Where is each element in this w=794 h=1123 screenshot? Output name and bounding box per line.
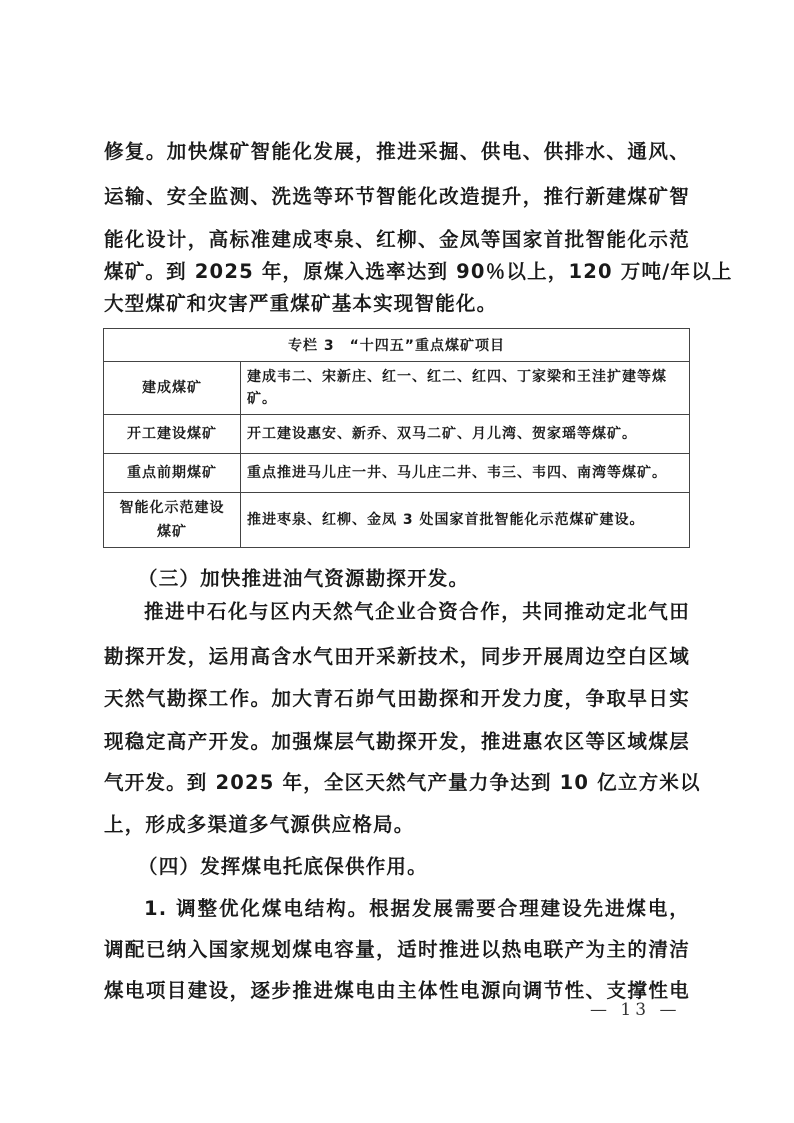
section-heading: （四）发挥煤电托底保供作用。: [138, 855, 724, 879]
body-text-line: 运输、安全监测、洗选等环节智能化改造提升，推行新建煤矿智: [104, 185, 690, 209]
body-text-line: 大型煤矿和灾害严重煤矿基本实现智能化。: [104, 292, 690, 316]
body-text-line: 1. 调整优化煤电结构。根据发展需要合理建设先进煤电，: [144, 897, 690, 921]
row-value: 开工建设惠安、新乔、双马二矿、月儿湾、贺家瑶等煤矿。: [241, 415, 690, 454]
body-text-line: 上，形成多渠道多气源供应格局。: [104, 813, 690, 837]
table-row: 开工建设煤矿 开工建设惠安、新乔、双马二矿、月儿湾、贺家瑶等煤矿。: [104, 415, 690, 454]
body-text-line: 现稳定高产开发。加强煤层气勘探开发，推进惠农区等区域煤层: [104, 730, 690, 754]
table-row: 智能化示范建设煤矿 推进枣泉、红柳、金凤 3 处国家首批智能化示范煤矿建设。: [104, 493, 690, 548]
row-value: 重点推进马儿庄一井、马儿庄二井、韦三、韦四、南湾等煤矿。: [241, 454, 690, 493]
row-label: 重点前期煤矿: [104, 454, 241, 493]
table-row: 建成煤矿 建成韦二、宋新庄、红一、红二、红四、丁家梁和王洼扩建等煤矿。: [104, 362, 690, 415]
body-text-line: 推进中石化与区内天然气企业合资合作，共同推动定北气田: [144, 600, 690, 624]
section-heading: （三）加快推进油气资源勘探开发。: [138, 567, 724, 591]
row-label: 智能化示范建设煤矿: [104, 493, 241, 548]
key-coal-mine-projects-table: 专栏 3 “十四五”重点煤矿项目 建成煤矿 建成韦二、宋新庄、红一、红二、红四、…: [103, 328, 690, 548]
page-number: — 13 —: [590, 1000, 680, 1020]
row-value: 建成韦二、宋新庄、红一、红二、红四、丁家梁和王洼扩建等煤矿。: [241, 362, 690, 415]
body-text-line: 调配已纳入国家规划煤电容量，适时推进以热电联产为主的清洁: [104, 938, 690, 962]
body-text-line: 勘探开发，运用高含水气田开采新技术，同步开展周边空白区域: [104, 645, 690, 669]
row-label: 开工建设煤矿: [104, 415, 241, 454]
body-text-line: 气开发。到 2025 年，全区天然气产量力争达到 10 亿立方米以: [104, 771, 690, 795]
body-text-line: 能化设计，高标准建成枣泉、红柳、金凤等国家首批智能化示范: [104, 228, 690, 252]
table-title: 专栏 3 “十四五”重点煤矿项目: [104, 329, 690, 362]
row-value: 推进枣泉、红柳、金凤 3 处国家首批智能化示范煤矿建设。: [241, 493, 690, 548]
body-text-line: 天然气勘探工作。加大青石峁气田勘探和开发力度，争取早日实: [104, 687, 690, 711]
body-text-line: 修复。加快煤矿智能化发展，推进采掘、供电、供排水、通风、: [104, 140, 690, 164]
body-text-line: 煤矿。到 2025 年，原煤入选率达到 90％以上，120 万吨/年以上: [104, 260, 690, 284]
table-row: 重点前期煤矿 重点推进马儿庄一井、马儿庄二井、韦三、韦四、南湾等煤矿。: [104, 454, 690, 493]
row-label: 建成煤矿: [104, 362, 241, 415]
